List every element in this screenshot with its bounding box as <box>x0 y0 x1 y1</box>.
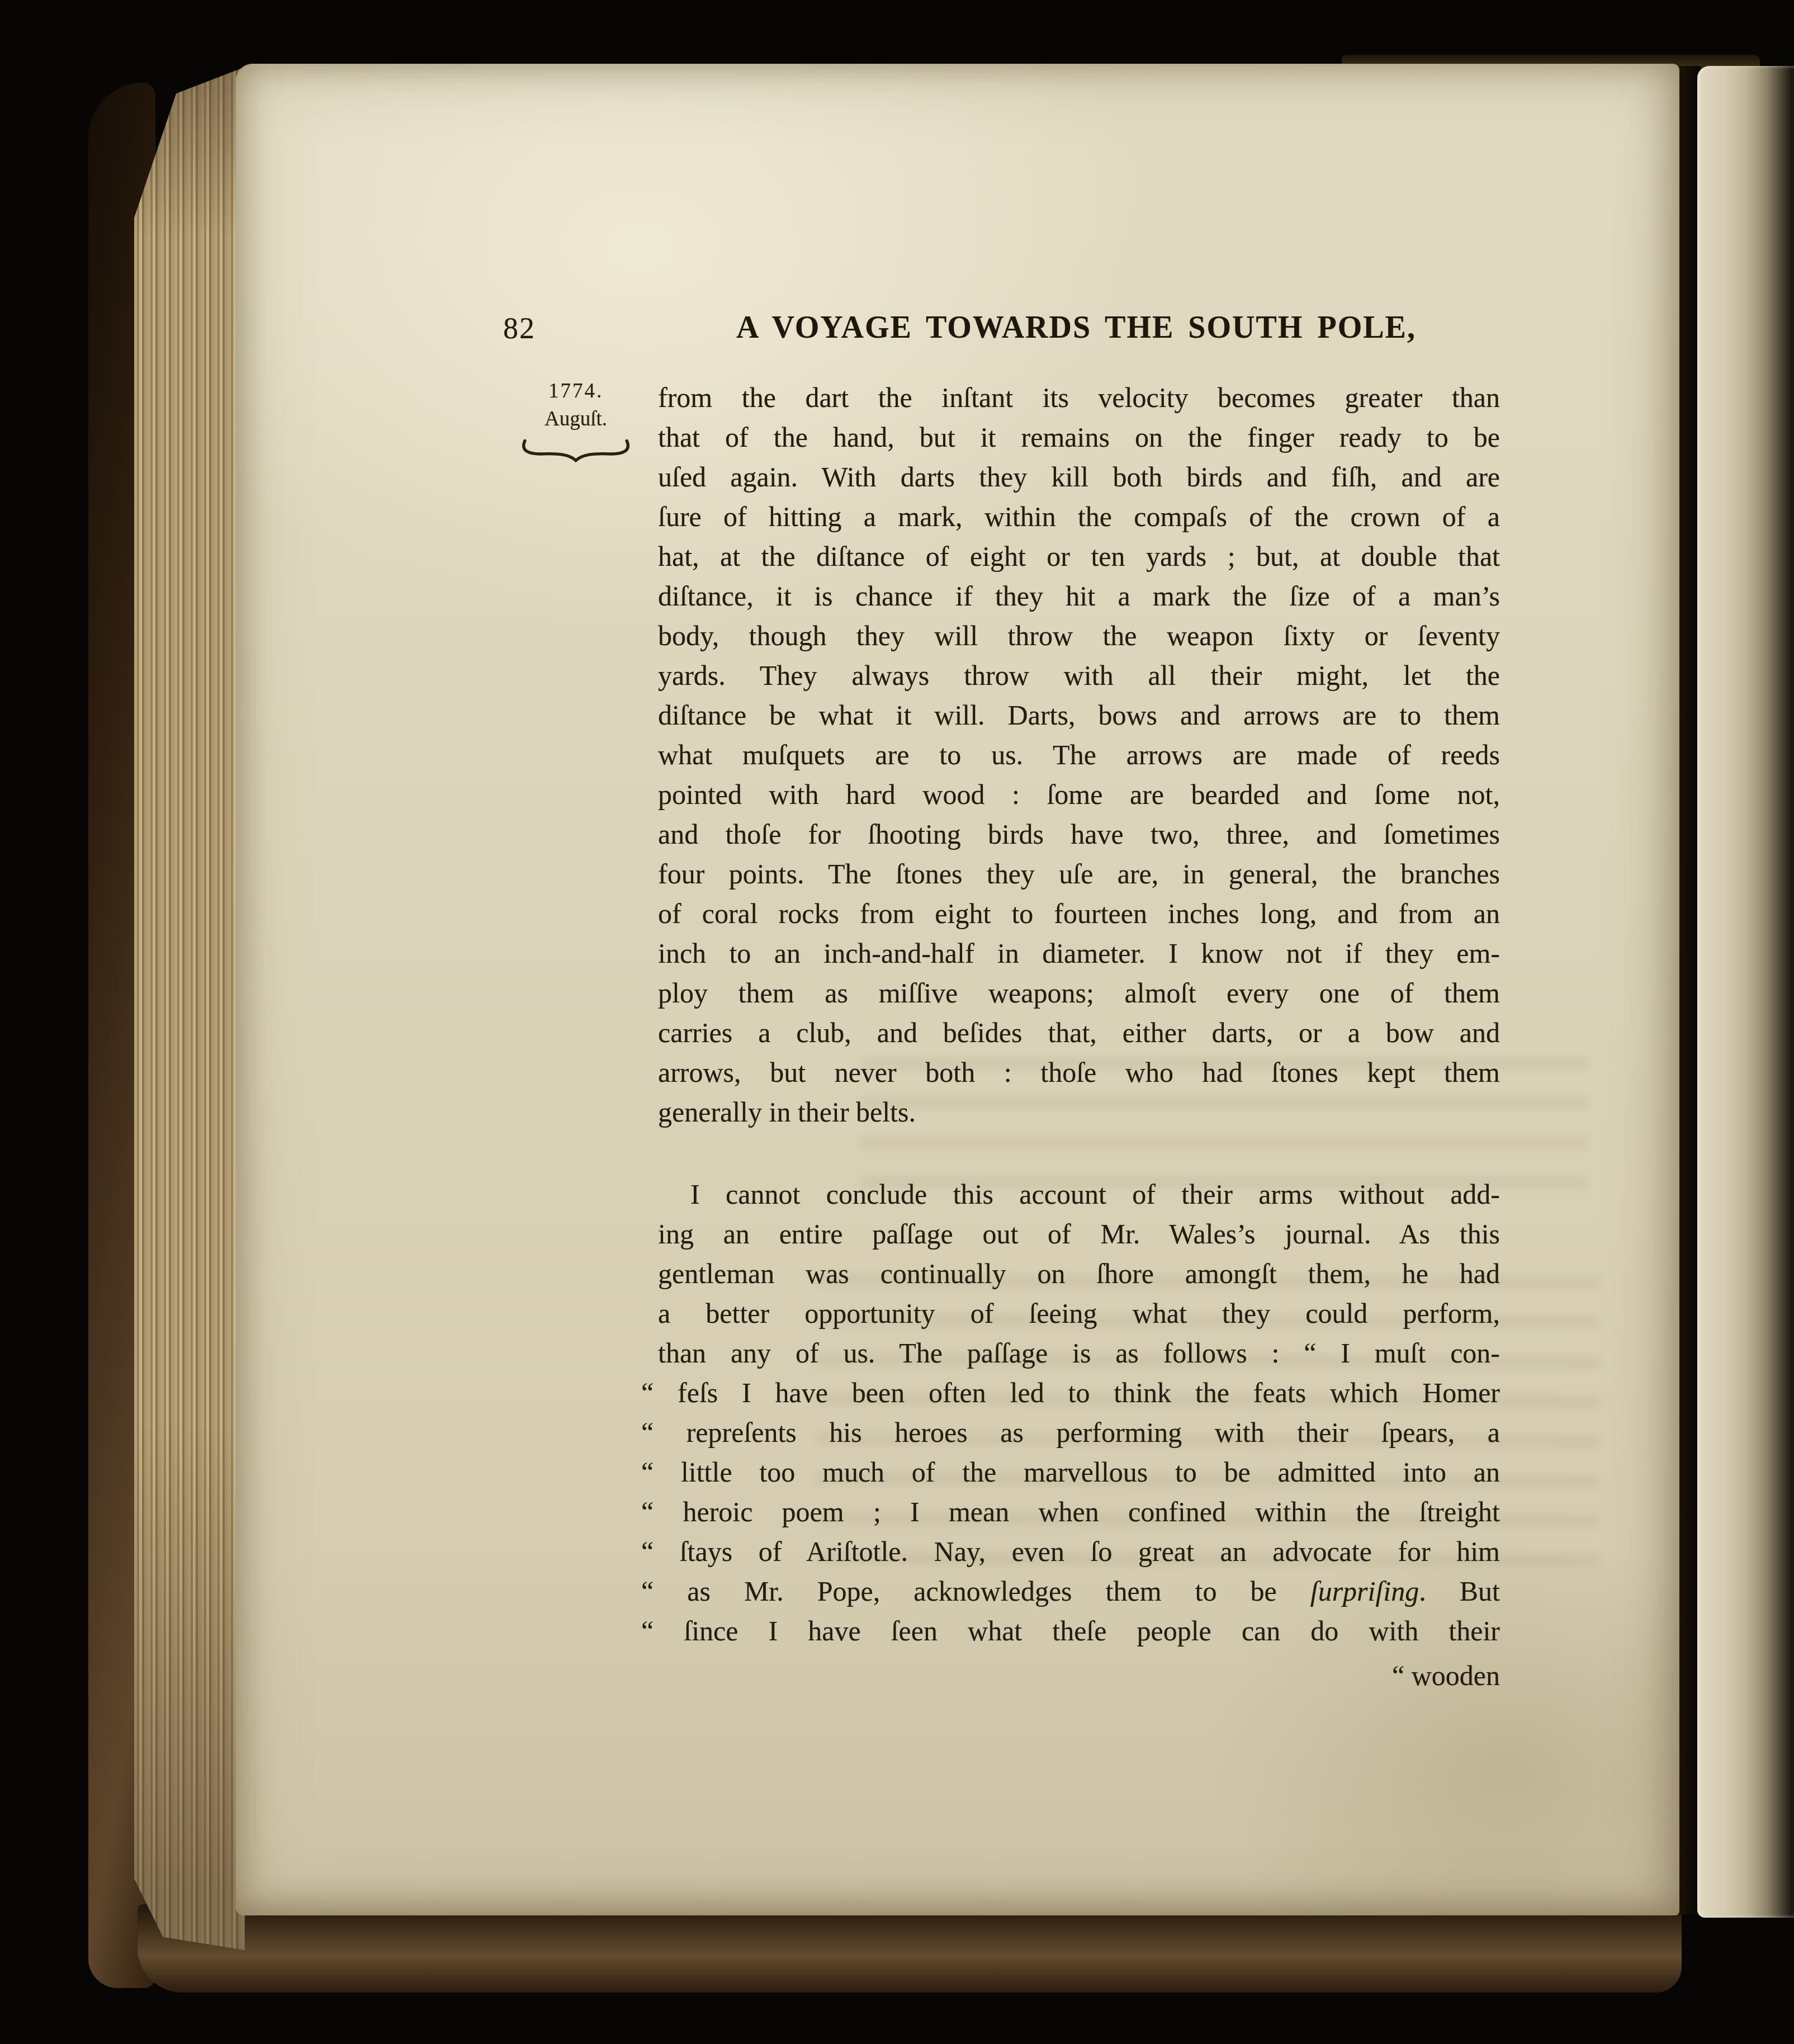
text-line: “ ſtays of Ariſtotle. Nay, even ſo great… <box>658 1532 1500 1572</box>
body-text: from the dart the inſtant its velocity b… <box>658 378 1500 1651</box>
text-line: pointed with hard wood : ſome are bearde… <box>658 775 1500 815</box>
text-line: diſtance be what it will. Darts, bows an… <box>658 695 1500 735</box>
text-line: ploy them as miſſive weapons; almoſt eve… <box>658 973 1500 1013</box>
text-line: “ as Mr. Pope, acknowledges them to be ſ… <box>658 1572 1500 1611</box>
text-line: uſed again. With darts they kill both bi… <box>658 457 1500 497</box>
margin-note: 1774. Auguſt. <box>502 379 650 463</box>
text-line: a better opportunity of ſeeing what they… <box>658 1294 1500 1333</box>
text-line: carries a club, and beſides that, either… <box>658 1013 1500 1053</box>
text-line: gentleman was continually on ſhore among… <box>658 1254 1500 1294</box>
text-line: “ feſs I have been often led to think th… <box>658 1373 1500 1413</box>
text-line: of coral rocks from eight to fourteen in… <box>658 894 1500 934</box>
text-line: yards. They always throw with all their … <box>658 656 1500 695</box>
text-line: ing an entire paſſage out of Mr. Wales’s… <box>658 1214 1500 1254</box>
text-line: arrows, but never both : thoſe who had ſ… <box>658 1053 1500 1092</box>
text-line: that of the hand, but it remains on the … <box>658 418 1500 457</box>
catchword: “ wooden <box>658 1656 1500 1696</box>
text-line: body, though they will throw the weapon … <box>658 616 1500 656</box>
text-line: “ ſince I have ſeen what theſe people ca… <box>658 1611 1500 1651</box>
text-line: than any of us. The paſſage is as follow… <box>658 1333 1500 1373</box>
text-line: inch to an inch-and-half in diameter. I … <box>658 934 1500 973</box>
text-line: ſure of hitting a mark, within the compa… <box>658 497 1500 537</box>
text-line: hat, at the diſtance of eight or ten yar… <box>658 537 1500 576</box>
paragraph: I cannot conclude this account of their … <box>658 1175 1500 1651</box>
printed-page-content: 82 A VOYAGE TOWARDS THE SOUTH POLE, 1774… <box>0 0 1794 2044</box>
margin-note-year: 1774. <box>502 379 650 404</box>
text-line: “ heroic poem ; I mean when confined wit… <box>658 1492 1500 1532</box>
text-line: diſtance, it is chance if they hit a mar… <box>658 576 1500 616</box>
text-line: and thoſe for ſhooting birds have two, t… <box>658 815 1500 854</box>
text-line: “ little too much of the marvellous to b… <box>658 1452 1500 1492</box>
page-number: 82 <box>503 311 570 346</box>
text-line: from the dart the inſtant its velocity b… <box>658 378 1500 418</box>
text-line: generally in their belts. <box>658 1092 1500 1132</box>
text-line: I cannot conclude this account of their … <box>658 1175 1500 1214</box>
margin-brace-ornament <box>521 437 631 463</box>
text-line: what muſquets are to us. The arrows are … <box>658 735 1500 775</box>
running-title: A VOYAGE TOWARDS THE SOUTH POLE, <box>649 310 1504 346</box>
paragraph: from the dart the inſtant its velocity b… <box>658 378 1500 1132</box>
text-line: four points. The ſtones they uſe are, in… <box>658 854 1500 894</box>
text-line: “ repreſents his heroes as performing wi… <box>658 1413 1500 1452</box>
margin-note-month: Auguſt. <box>502 407 650 432</box>
